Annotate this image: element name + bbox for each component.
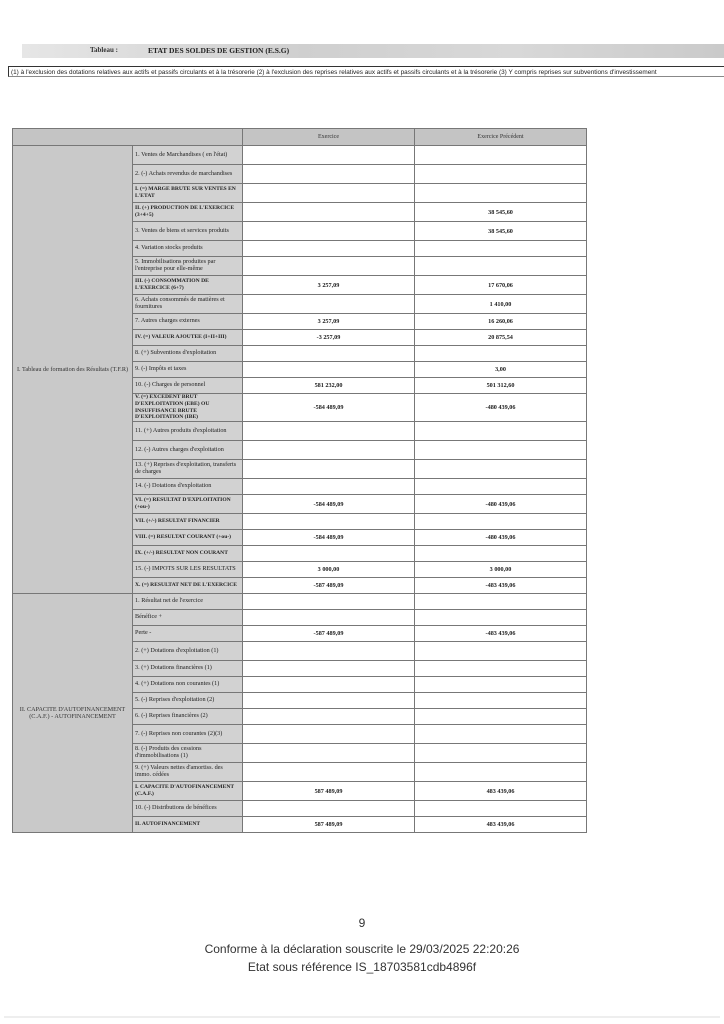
- value-exercice: -584 489,09: [243, 530, 415, 546]
- row-label: 8. (-) Produits des cessions d'immobilis…: [133, 744, 243, 763]
- value-exercice: 587 489,09: [243, 817, 415, 833]
- value-exercice-precedent: [415, 725, 587, 744]
- value-exercice: [243, 422, 415, 441]
- value-exercice-precedent: [415, 441, 587, 460]
- value-exercice-precedent: 3 000,00: [415, 562, 587, 578]
- row-label: V. (=) EXCEDENT BRUT D'EXPLOITATION (EBE…: [133, 394, 243, 422]
- value-exercice: [243, 441, 415, 460]
- row-label: 13. (+) Reprises d'exploitation, transfe…: [133, 460, 243, 479]
- value-exercice: -587 489,09: [243, 626, 415, 642]
- row-label: 7. Autres charges externes: [133, 314, 243, 330]
- value-exercice-precedent: [415, 146, 587, 165]
- value-exercice-precedent: 1 410,00: [415, 295, 587, 314]
- value-exercice: [243, 165, 415, 184]
- value-exercice: [243, 241, 415, 257]
- document-title: ETAT DES SOLDES DE GESTION (E.S.G): [148, 46, 289, 55]
- value-exercice-precedent: [415, 801, 587, 817]
- value-exercice-precedent: -480 439,06: [415, 530, 587, 546]
- value-exercice-precedent: [415, 479, 587, 495]
- value-exercice: -584 489,09: [243, 495, 415, 514]
- value-exercice: [243, 222, 415, 241]
- value-exercice: [243, 203, 415, 222]
- value-exercice: [243, 184, 415, 203]
- value-exercice-precedent: -480 439,06: [415, 394, 587, 422]
- page-number: 9: [0, 916, 724, 930]
- value-exercice-precedent: [415, 460, 587, 479]
- row-label: III. (-) CONSOMMATION DE L'EXERCICE (6+7…: [133, 276, 243, 295]
- row-label: 9. (+) Valeurs nettes d'amortiss. des im…: [133, 763, 243, 782]
- value-exercice: [243, 295, 415, 314]
- row-label: 3. Ventes de biens et services produits: [133, 222, 243, 241]
- value-exercice: [243, 677, 415, 693]
- value-exercice-precedent: -483 439,06: [415, 578, 587, 594]
- row-label: II. AUTOFINANCEMENT: [133, 817, 243, 833]
- row-label: 9. (-) Impôts et taxes: [133, 362, 243, 378]
- value-exercice: [243, 460, 415, 479]
- value-exercice-precedent: [415, 744, 587, 763]
- value-exercice: -3 257,09: [243, 330, 415, 346]
- value-exercice-precedent: 501 312,60: [415, 378, 587, 394]
- section-title: I. Tableau de formation des Résultats (T…: [13, 146, 133, 594]
- header-exercice: Exercice: [243, 129, 415, 146]
- value-exercice-precedent: 483 439,06: [415, 782, 587, 801]
- table-label: Tableau :: [90, 46, 118, 54]
- value-exercice: -587 489,09: [243, 578, 415, 594]
- row-label: IV. (=) VALEUR AJOUTEE (I+II+III): [133, 330, 243, 346]
- value-exercice: [243, 661, 415, 677]
- value-exercice: 581 232,00: [243, 378, 415, 394]
- row-label: VII. (+/-) RESULTAT FINANCIER: [133, 514, 243, 530]
- value-exercice-precedent: 483 439,06: [415, 817, 587, 833]
- value-exercice: [243, 479, 415, 495]
- row-label: 8. (+) Subventions d'exploitation: [133, 346, 243, 362]
- esg-table-container: Exercice Exercice Précédent I. Tableau d…: [12, 128, 586, 833]
- value-exercice-precedent: [415, 677, 587, 693]
- value-exercice: [243, 546, 415, 562]
- value-exercice-precedent: 38 545,60: [415, 222, 587, 241]
- row-label: 15. (-) IMPOTS SUR LES RESULTATS: [133, 562, 243, 578]
- row-label: 10. (-) Distributions de bénéfices: [133, 801, 243, 817]
- row-label: 7. (-) Reprises non courantes (2)(3): [133, 725, 243, 744]
- value-exercice: [243, 257, 415, 276]
- table-header-row: Exercice Exercice Précédent: [13, 129, 587, 146]
- value-exercice: [243, 146, 415, 165]
- conformity-statement: Conforme à la déclaration souscrite le 2…: [0, 942, 724, 956]
- row-label: VIII. (=) RESULTAT COURANT (+ou-): [133, 530, 243, 546]
- row-label: I. (=) MARGE BRUTE SUR VENTES EN L'ETAT: [133, 184, 243, 203]
- title-band: [22, 44, 724, 58]
- row-label: 2. (-) Achats revendus de marchandises: [133, 165, 243, 184]
- row-label: I. CAPACITE D'AUTOFINANCEMENT (C.A.F.): [133, 782, 243, 801]
- value-exercice: 3 257,09: [243, 276, 415, 295]
- row-label: II. (+) PRODUCTION DE L'EXERCICE (3+4+5): [133, 203, 243, 222]
- row-label: VI. (=) RESULTAT D'EXPLOITATION (+ou-): [133, 495, 243, 514]
- value-exercice-precedent: 17 670,06: [415, 276, 587, 295]
- value-exercice-precedent: [415, 594, 587, 610]
- row-label: 6. (-) Reprises financières (2): [133, 709, 243, 725]
- row-label: Perte -: [133, 626, 243, 642]
- value-exercice-precedent: [415, 184, 587, 203]
- value-exercice: 3 000,00: [243, 562, 415, 578]
- value-exercice-precedent: [415, 709, 587, 725]
- value-exercice-precedent: 16 260,06: [415, 314, 587, 330]
- row-label: 12. (-) Autres charges d'exploitation: [133, 441, 243, 460]
- value-exercice-precedent: [415, 346, 587, 362]
- value-exercice-precedent: [415, 165, 587, 184]
- reference-id: Etat sous référence IS_18703581cdb4896f: [0, 960, 724, 974]
- esg-table: Exercice Exercice Précédent I. Tableau d…: [12, 128, 587, 833]
- value-exercice: 587 489,09: [243, 782, 415, 801]
- value-exercice: [243, 594, 415, 610]
- table-body: I. Tableau de formation des Résultats (T…: [13, 146, 587, 833]
- table-row: I. Tableau de formation des Résultats (T…: [13, 146, 587, 165]
- row-label: X. (=) RESULTAT NET DE L'EXERCICE: [133, 578, 243, 594]
- value-exercice-precedent: [415, 661, 587, 677]
- row-label: 5. (-) Reprises d'exploitation (2): [133, 693, 243, 709]
- value-exercice: [243, 362, 415, 378]
- row-label: IX. (+/-) RESULTAT NON COURANT: [133, 546, 243, 562]
- page-bottom-divider: [4, 1016, 720, 1018]
- value-exercice-precedent: [415, 257, 587, 276]
- value-exercice: 3 257,09: [243, 314, 415, 330]
- value-exercice: [243, 725, 415, 744]
- section-title: II. CAPACITE D'AUTOFINANCEMENT (C.A.F.) …: [13, 594, 133, 833]
- row-label: 2. (+) Dotations d'exploitation (1): [133, 642, 243, 661]
- value-exercice-precedent: [415, 693, 587, 709]
- footnote: (1) à l'exclusion des dotations relative…: [8, 66, 724, 77]
- value-exercice: [243, 514, 415, 530]
- value-exercice-precedent: [415, 642, 587, 661]
- header-blank: [13, 129, 243, 146]
- value-exercice-precedent: [415, 514, 587, 530]
- value-exercice-precedent: -483 439,06: [415, 626, 587, 642]
- row-label: 3. (+) Dotations financières (1): [133, 661, 243, 677]
- value-exercice: [243, 642, 415, 661]
- value-exercice-precedent: 3,00: [415, 362, 587, 378]
- value-exercice: [243, 801, 415, 817]
- value-exercice: [243, 346, 415, 362]
- row-label: 1. Résultat net de l'exercice: [133, 594, 243, 610]
- row-label: 10. (-) Charges de personnel: [133, 378, 243, 394]
- table-row: II. CAPACITE D'AUTOFINANCEMENT (C.A.F.) …: [13, 594, 587, 610]
- row-label: 11. (+) Autres produits d'exploitation: [133, 422, 243, 441]
- value-exercice-precedent: -480 439,06: [415, 495, 587, 514]
- row-label: 1. Ventes de Marchandises ( en l'état): [133, 146, 243, 165]
- row-label: 14. (-) Dotations d'exploitation: [133, 479, 243, 495]
- value-exercice: [243, 744, 415, 763]
- value-exercice-precedent: [415, 241, 587, 257]
- header-exercice-precedent: Exercice Précédent: [415, 129, 587, 146]
- value-exercice-precedent: [415, 763, 587, 782]
- value-exercice-precedent: [415, 610, 587, 626]
- row-label: 4. Variation stocks produits: [133, 241, 243, 257]
- value-exercice-precedent: 20 875,54: [415, 330, 587, 346]
- row-label: 4. (+) Dotations non courantes (1): [133, 677, 243, 693]
- value-exercice-precedent: [415, 422, 587, 441]
- value-exercice: -584 489,09: [243, 394, 415, 422]
- value-exercice: [243, 693, 415, 709]
- value-exercice-precedent: [415, 546, 587, 562]
- value-exercice: [243, 610, 415, 626]
- row-label: 5. Immobilisations produites par l'entre…: [133, 257, 243, 276]
- row-label: 6. Achats consommés de matières et fourn…: [133, 295, 243, 314]
- value-exercice-precedent: 38 545,60: [415, 203, 587, 222]
- value-exercice: [243, 709, 415, 725]
- row-label: Bénéfice +: [133, 610, 243, 626]
- value-exercice: [243, 763, 415, 782]
